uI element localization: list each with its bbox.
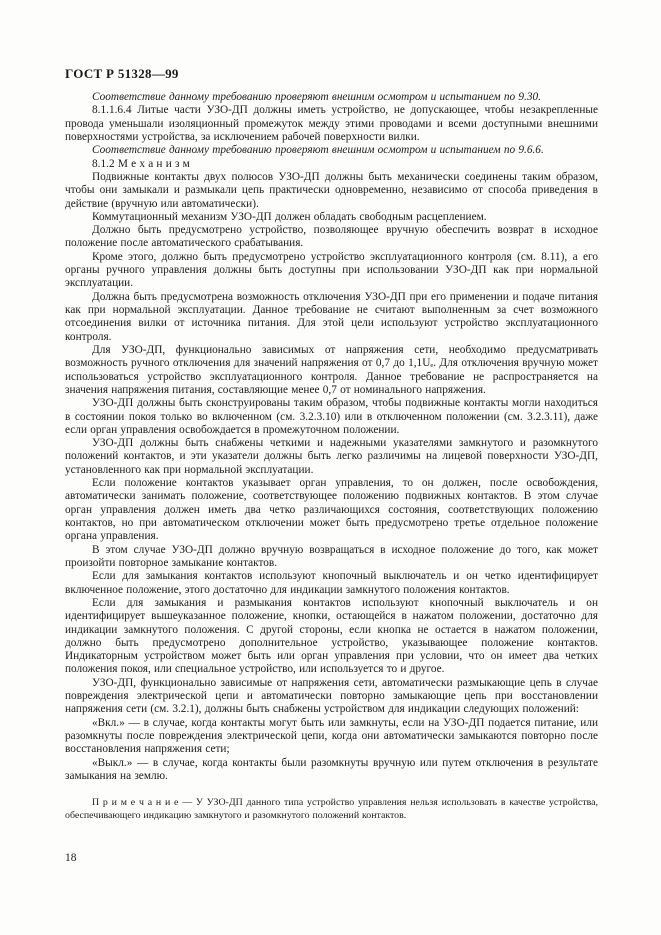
paragraph: В этом случае УЗО-ДП должно вручную возв… bbox=[65, 544, 598, 571]
paragraph: Если для замыкания контактов используют … bbox=[65, 570, 598, 597]
paragraph: «Вкл.» — в случае, когда контакты могут … bbox=[65, 717, 598, 757]
paragraph: Кроме этого, должно быть предусмотрено у… bbox=[65, 251, 598, 291]
note-paragraph: П р и м е ч а н и е — У УЗО-ДП данного т… bbox=[65, 796, 598, 822]
paragraph: Подвижные контакты двух полюсов УЗО-ДП д… bbox=[65, 171, 598, 211]
paragraph: Коммутационный механизм УЗО-ДП должен об… bbox=[65, 211, 598, 224]
running-header: ГОСТ Р 51328—99 bbox=[65, 66, 179, 82]
paragraph: «Выкл.» — в случае, когда контакты были … bbox=[65, 757, 598, 784]
document-body: Соответствие данному требованию проверяю… bbox=[65, 91, 598, 822]
paragraph: Должна быть предусмотрена возможность от… bbox=[65, 291, 598, 344]
paragraph: Если для замыкания и размыкания контакто… bbox=[65, 597, 598, 677]
page-number: 18 bbox=[65, 852, 77, 864]
paragraph: Для УЗО-ДП, функционально зависимых от н… bbox=[65, 344, 598, 397]
paragraph: 8.1.2 М е х а н и з м bbox=[65, 158, 598, 171]
paragraph: Соответствие данному требованию проверяю… bbox=[65, 91, 598, 104]
paragraph: Если положение контактов указывает орган… bbox=[65, 477, 598, 544]
paragraph: УЗО-ДП должны быть снабжены четкими и на… bbox=[65, 437, 598, 477]
paragraph: Соответствие данному требованию проверяю… bbox=[65, 144, 598, 157]
paragraph: 8.1.1.6.4 Литые части УЗО-ДП должны имет… bbox=[65, 104, 598, 144]
paragraph: УЗО-ДП должны быть сконструированы таким… bbox=[65, 397, 598, 437]
paragraph: Должно быть предусмотрено устройство, по… bbox=[65, 224, 598, 251]
paragraph: УЗО-ДП, функционально зависимые от напря… bbox=[65, 677, 598, 717]
document-page: ГОСТ Р 51328—99 Соответствие данному тре… bbox=[0, 0, 661, 935]
